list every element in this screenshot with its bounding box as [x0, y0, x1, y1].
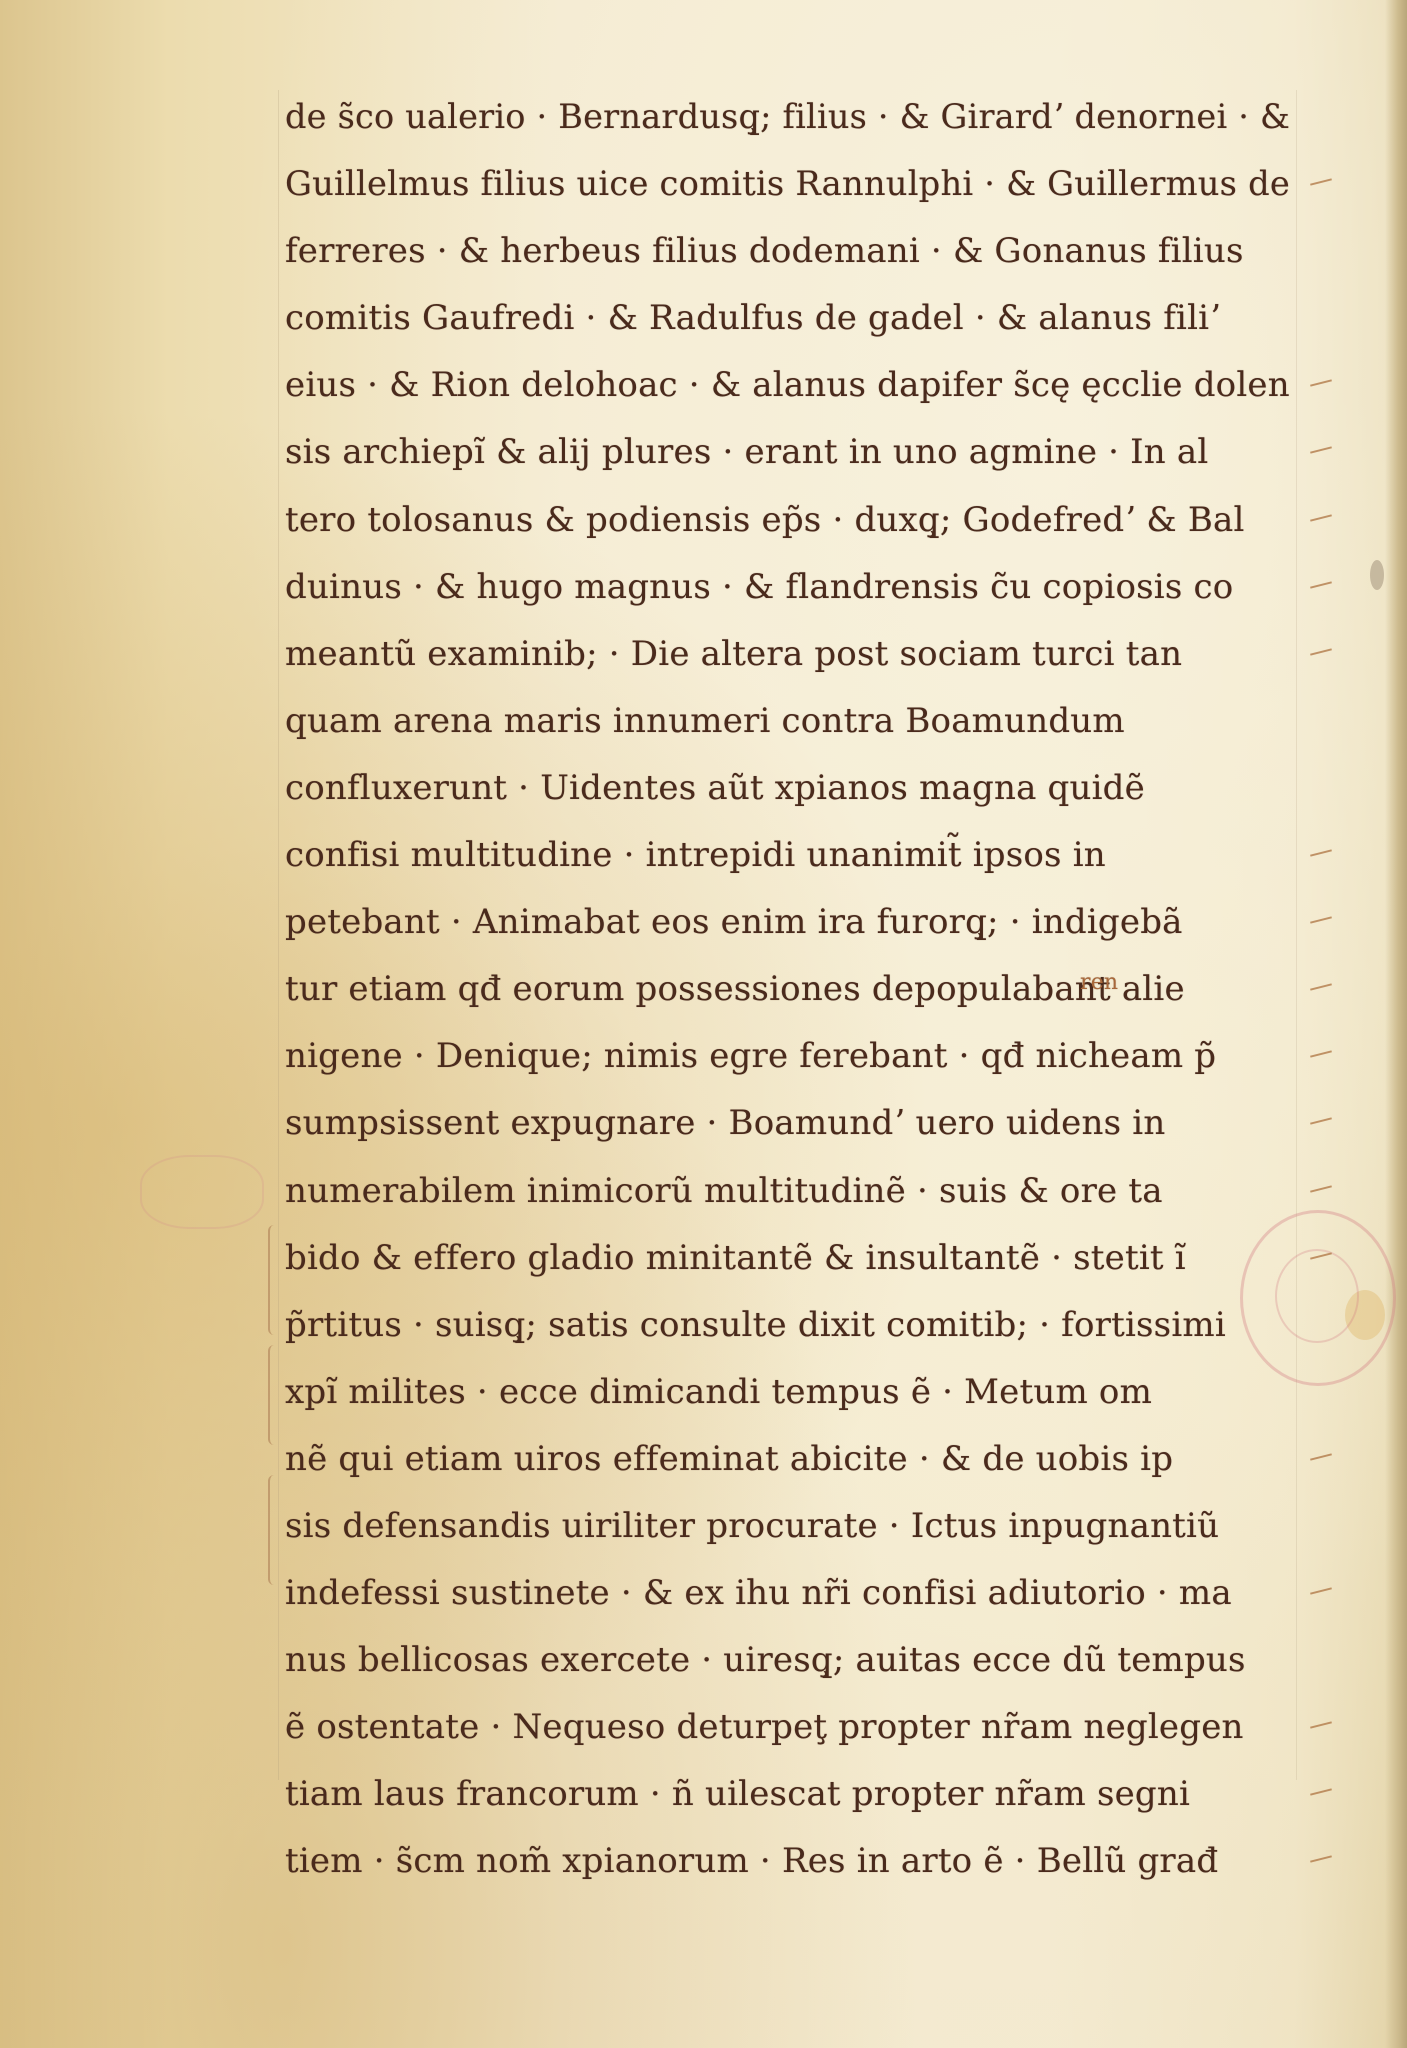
- text-line-25: ẽ ostentate · Nequeso deturpeţ propter…: [285, 1696, 1300, 1763]
- text-line-20: xpĩ milites · ecce dimicandi tempus ẽ …: [285, 1361, 1300, 1428]
- text-line-8: duinus · & hugo magnus · & flandrensis c…: [285, 556, 1300, 623]
- text-line-18: bido & effero gladio minitantẽ & insult…: [285, 1227, 1300, 1294]
- text-line-5: eius · & Rion delohoac · & alanus dapife…: [285, 354, 1300, 421]
- ghost-stamp-offset: [140, 1155, 264, 1229]
- page-edge: [1385, 0, 1407, 2048]
- text-line-13: petebant · Animabat eos enim ira furorq̧…: [285, 891, 1300, 958]
- text-line-6: sis archiepĩ & alij plures · erant in u…: [285, 421, 1300, 488]
- stain: [1370, 560, 1384, 590]
- text-line-11: confluxerunt · Uidentes aũt xpianos mag…: [285, 757, 1300, 824]
- text-line-23: indefessi sustinete · & ex ihu nr̃i conf…: [285, 1562, 1300, 1629]
- text-line-12: confisi multitudine · intrepidi unanimit…: [285, 824, 1300, 891]
- text-line-9: meantũ examinib; · Die altera post soci…: [285, 623, 1300, 690]
- text-line-19: p̃rtitus · suisq̧; satis consulte dixit …: [285, 1294, 1300, 1361]
- margin-bracket-mark: [268, 1475, 284, 1585]
- text-line-24: nus bellicosas exercete · uiresq̧; auita…: [285, 1629, 1300, 1696]
- margin-bracket-mark: [268, 1225, 284, 1335]
- text-line-15: nigene · Denique; nimis egre ferebant · …: [285, 1025, 1300, 1092]
- text-line-2: Guillelmus filius uice comitis Rannulphi…: [285, 153, 1300, 220]
- text-line-14: rentur etiam qđ eorum possessiones depop…: [285, 958, 1300, 1025]
- text-line-4: comitis Gaufredi · & Radulfus de gadel ·…: [285, 287, 1300, 354]
- text-line-17: numerabilem inimicorũ multitudinẽ · su…: [285, 1160, 1300, 1227]
- text-line-1: de s̃co ualerio · Bernardusq̧; filius · …: [285, 86, 1300, 153]
- text-line-21: nẽ qui etiam uiros effeminat abicite · …: [285, 1428, 1300, 1495]
- margin-bracket-mark: [268, 1345, 284, 1445]
- text-line-22: sis defensandis uiriliter procurate · Ic…: [285, 1495, 1300, 1562]
- text-line-26: tiam laus francorum · ñ uilescat propte…: [285, 1763, 1300, 1830]
- text-line-3: ferreres · & herbeus filius dodemani · &…: [285, 220, 1300, 287]
- text-line-7: tero tolosanus & podiensis ep̃s · duxq̧;…: [285, 489, 1300, 556]
- text-line-16: sumpsissent expugnare · Boamundʼ uero ui…: [285, 1092, 1300, 1159]
- text-line-27: tiem · s̃cm nom̃ xpianorum · Res in arto…: [285, 1830, 1300, 1897]
- interlinear-correction: ren: [1080, 952, 1118, 1014]
- text-column: de s̃co ualerio · Bernardusq̧; filius · …: [285, 86, 1300, 1898]
- text-line-10: quam arena maris innumeri contra Boamund…: [285, 690, 1300, 757]
